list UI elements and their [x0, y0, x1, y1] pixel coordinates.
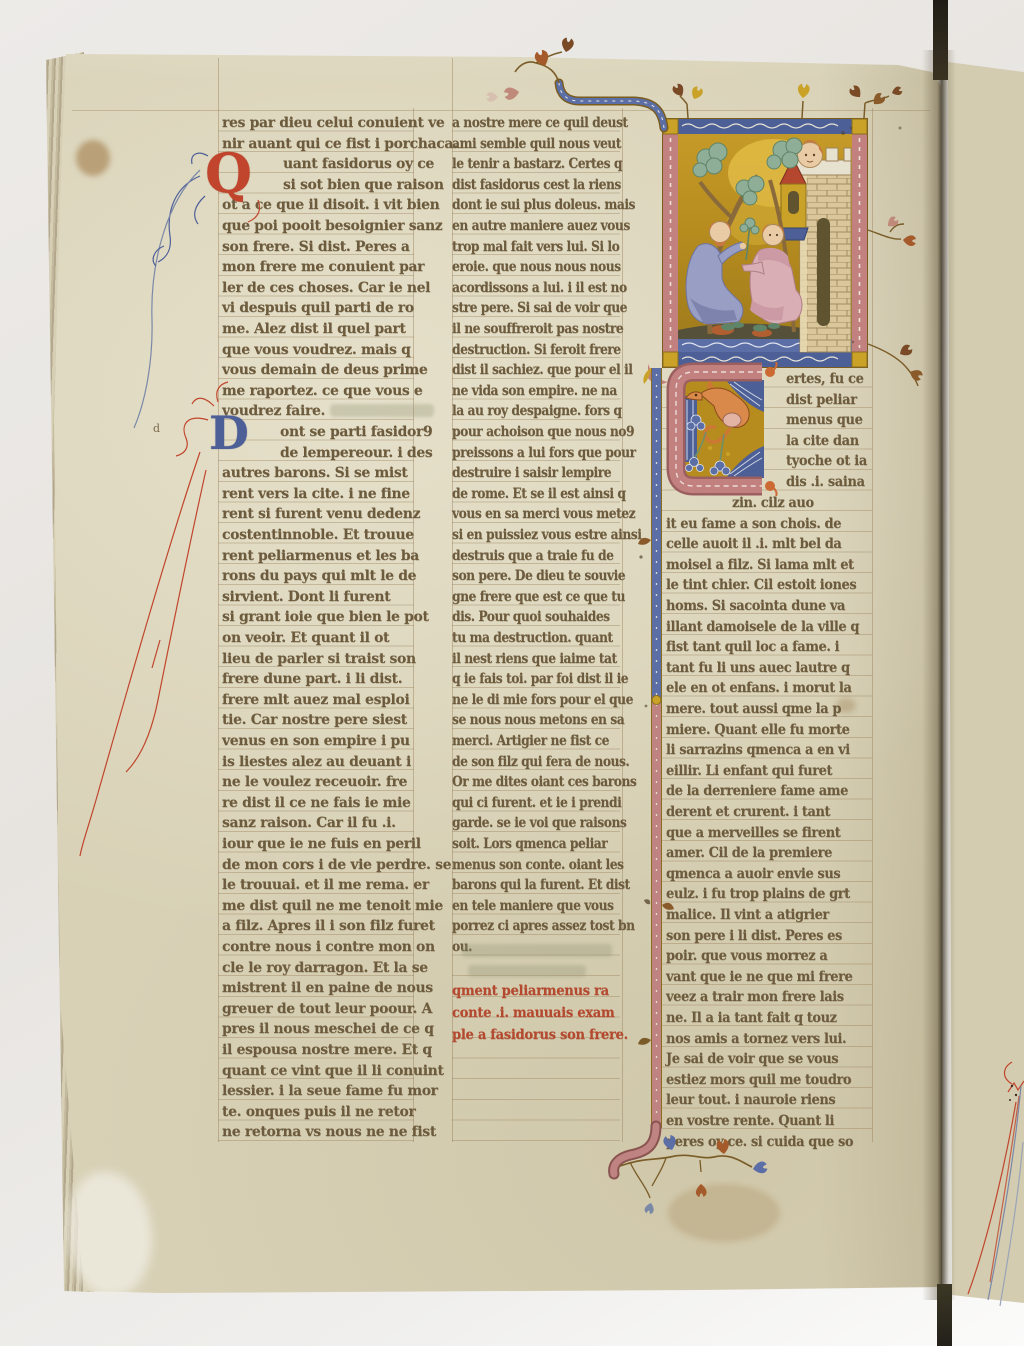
text-line: destruire i saisir lempire: [452, 466, 611, 481]
stain: [76, 140, 110, 176]
text-line: de lempereour. i des: [280, 446, 432, 461]
text-line: derent et crurent. i tant: [666, 805, 830, 820]
text-line: ne. Il a ia tant fait q touz: [666, 1011, 837, 1026]
text-line: illant damoisele de la ville q: [666, 620, 859, 635]
show-through-text: [462, 944, 612, 957]
text-line: ele en ot enfans. i morut la: [666, 681, 851, 696]
text-line: malice. Il vint a atigrier: [666, 908, 829, 923]
text-line: autres barons. Si se mist: [222, 466, 407, 481]
text-line: lessier. i la seue fame fu mor: [222, 1084, 438, 1099]
text-line: cle le roy darragon. Et la se: [222, 961, 428, 976]
rubric-line: qment peliarmenus ra: [452, 984, 609, 999]
text-line: costentinnoble. Et trouue: [222, 528, 414, 543]
text-line: de rome. Et se il est ainsi q: [452, 487, 626, 502]
text-line: quant ce vint que il li conuint: [222, 1064, 444, 1079]
text-line: garde. se ie voi que raisons: [452, 816, 626, 831]
text-line: vi despuis quil parti de ro: [222, 301, 414, 316]
text-line: re dist il ce ne fais ie mie: [222, 796, 411, 811]
text-line: si grant ioie que bien le pot: [222, 610, 429, 625]
text-line: ertes, fu ce: [786, 372, 864, 387]
text-line: ne retorna vs nous ne ne fist: [222, 1125, 436, 1140]
text-line: pour achoison que nous no9: [452, 425, 634, 440]
text-line: ne le di mie fors pour el que: [452, 693, 633, 708]
text-line: tant fu li uns auec lautre q: [666, 661, 850, 676]
text-line: son frere. Si dist. Peres a: [222, 240, 410, 255]
text-line: que a merveilles se firent: [666, 826, 840, 841]
text-line: la au roy despaigne. fors q: [452, 404, 621, 419]
text-line: en autre maniere auez vous: [452, 219, 630, 234]
text-line: que poi pooit besoignier sanz: [222, 219, 442, 234]
text-line: Or me dites oiant ces barons: [452, 775, 636, 790]
text-line: sirvient. Dont li furent: [222, 590, 390, 605]
text-line: nos amis a tornez vers lui.: [666, 1032, 846, 1047]
text-line: me. Alez dist il quel part: [222, 322, 406, 337]
text-line: son pere. De dieu te souvie: [452, 569, 625, 584]
text-line: vous demain de deus prime: [222, 363, 427, 378]
text-line: dist fasidorus cest la riens: [452, 178, 621, 193]
text-line: homs. Si sacointa dune va: [666, 599, 845, 614]
text-line: me raportez. ce que vous e: [222, 384, 422, 399]
text-line: veez a trair mon frere lais: [666, 990, 844, 1005]
text-line: merci. Artigier ne fist ce: [452, 734, 609, 749]
text-line: te. onques puis il ne retor: [222, 1105, 415, 1120]
text-line: acordissons a lui. i il est no: [452, 281, 627, 296]
initial-q: Q: [205, 146, 252, 200]
text-column-2: a nostre mere ce quil deustami semble qu…: [452, 116, 622, 976]
text-line: ont se parti fasidor9: [280, 425, 432, 440]
text-line: a filz. Apres il i son filz furet: [222, 919, 435, 934]
text-line: mere. tout aussi qme la p: [666, 702, 841, 717]
text-line: venus en son empire i pu: [222, 734, 410, 749]
text-line: de son filz qui fera de nous.: [452, 755, 629, 770]
initial-d: D: [209, 410, 249, 456]
text-line: poir. que vous morrez a: [666, 949, 827, 964]
text-line: nir auant qui ce fist i porchaca.: [222, 137, 458, 152]
text-line: menus son conte. oiant les: [452, 858, 623, 873]
text-line: ot a ce que il disoit. i vit bien: [222, 198, 439, 213]
text-line: preissons a lui fors que pour: [452, 446, 636, 461]
rubric-line: ple a fasidorus son frere.: [452, 1028, 628, 1043]
text-line: contre nous i contre mon on: [222, 940, 435, 955]
text-line: stre pere. Si sai de voir que: [452, 301, 627, 316]
text-line: de mon cors i de vie perdre. se: [222, 858, 451, 873]
text-line: porrez ci apres assez tost bn: [452, 919, 635, 934]
text-line: la cite dan: [786, 434, 859, 449]
text-line: de la derreniere fame ame: [666, 784, 848, 799]
text-line: le tenir a bastarz. Certes q: [452, 157, 622, 172]
text-line: q ie fais toi. par foi dist il ie: [452, 672, 628, 687]
text-line: iour que ie ne fuis en peril: [222, 837, 421, 852]
text-line: barons qui la furent. Et dist: [452, 878, 630, 893]
rubric-line: conte .i. mauuais exam: [452, 1006, 614, 1021]
text-line: a nostre mere ce quil deust: [452, 116, 628, 131]
text-line: dis .i. saina: [786, 475, 865, 490]
spine-bottom: [937, 1284, 952, 1346]
text-line: tu ma destruction. quant: [452, 631, 613, 646]
text-line: tie. Car nostre pere siest: [222, 713, 407, 728]
text-line: estiez mors quil me toudro: [666, 1073, 851, 1088]
text-line: Je sai de voir que se vous: [666, 1052, 838, 1067]
text-line: uant fasidorus oy ce: [283, 157, 434, 172]
stain: [840, 124, 862, 140]
text-line: il espousa nostre mere. Et q: [222, 1043, 432, 1058]
text-column-3-beside-initial: ertes, fu cedist peliarmenus quela cite …: [786, 372, 874, 498]
text-line: vant que ie ne que mi frere: [666, 970, 852, 985]
text-column-3: zin. cilz auoit eu fame a son chois. dec…: [666, 496, 874, 1141]
text-line: eillir. Li enfant qui furet: [666, 764, 832, 779]
text-line: frere mlt auez mal esploi: [222, 693, 409, 708]
text-line: menus que: [786, 413, 863, 428]
text-line: dist peliar: [786, 393, 857, 408]
text-line: si en puissiez vous estre ainsi: [452, 528, 641, 543]
text-line: moisel a filz. Si lama mlt et: [666, 558, 854, 573]
text-line: son pere i li dist. Peres es: [666, 929, 842, 944]
book-gutter: [922, 50, 956, 1300]
show-through-text: [330, 404, 434, 417]
show-through-text: [468, 965, 586, 977]
text-column-1: res par dieu celui conuient venir auant …: [222, 116, 437, 1146]
text-line: il nest riens que iaime tat: [452, 652, 617, 667]
text-line: frere dune part. i li dist.: [222, 672, 402, 687]
text-line: greuer de tout leur poour. A: [222, 1002, 432, 1017]
text-line: it eu fame a son chois. de: [666, 517, 841, 532]
text-line: soit. Lors qmenca peliar: [452, 837, 607, 852]
text-line: leur tout. i nauroie riens: [666, 1093, 835, 1108]
text-line: res par dieu celui conuient ve: [222, 116, 444, 131]
text-line: en vostre rente. Quant li: [666, 1114, 834, 1129]
text-line: gne frere que est ce que tu: [452, 590, 625, 605]
text-line: eulz. i fu trop plains de grt: [666, 887, 850, 902]
text-line: ne vida son empire. ne na: [452, 384, 617, 399]
text-line: mon frere me conuient par: [222, 260, 424, 275]
rubric-block: qment peliarmenus raconte .i. mauuais ex…: [452, 984, 622, 1054]
text-line: rent vers la cite. i ne fine: [222, 487, 410, 502]
text-line: qmenca a auoir envie sus: [666, 867, 840, 882]
text-line: celle auoit il .i. mlt bel da: [666, 537, 841, 552]
text-line: vous en sa merci vous metez: [452, 507, 635, 522]
text-line: que vous voudrez. mais q: [222, 343, 410, 358]
text-line: zin. cilz auo: [732, 496, 814, 511]
text-line: eroie. que nous nous nous: [452, 260, 621, 275]
manuscript-photo: res par dieu celui conuient venir auant …: [0, 0, 1024, 1346]
text-line: trop mal fait vers lui. Si lo: [452, 240, 619, 255]
text-line: le tint chier. Cil estoit iones: [666, 578, 856, 593]
text-line: mistrent il en paine de nous: [222, 981, 433, 996]
text-line: il ne souffreroit pas nostre: [452, 322, 623, 337]
text-line: dis. Pour quoi souhaides: [452, 610, 610, 625]
text-line: en tele maniere que vous: [452, 899, 614, 914]
text-line: se nous nous metons en sa: [452, 713, 624, 728]
text-line: me dist quil ne me tenoit mie: [222, 899, 443, 914]
text-line: ler de ces choses. Car ie nel: [222, 281, 430, 296]
text-line: is liestes alez au deuant i: [222, 755, 411, 770]
spine-top: [933, 0, 948, 80]
text-line: dist il sachiez. que pour el il: [452, 363, 632, 378]
text-line: tyoche ot ia: [786, 454, 867, 469]
text-line: dont ie sui plus doleus. mais: [452, 198, 635, 213]
text-line: ami semble quil nous veut: [452, 137, 621, 152]
text-line: si sot bien que raison: [283, 178, 444, 193]
text-line: rent si furent venu dedenz: [222, 507, 420, 522]
text-line: on veoir. Et quant il ot: [222, 631, 389, 646]
text-line: le trouuai. et il me rema. er: [222, 878, 429, 893]
ruling-line: [622, 108, 623, 1142]
text-line: li sarrazins qmenca a en vi: [666, 743, 850, 758]
stain: [668, 1184, 780, 1242]
text-line: rons du pays qui mlt le de: [222, 569, 416, 584]
text-line: pres il nous meschei de ce q: [222, 1022, 434, 1037]
text-line: destruction. Si feroit frere: [452, 343, 621, 358]
text-line: miere. Quant elle fu morte: [666, 723, 850, 738]
text-line: qui ci furent. et ie i prendi: [452, 796, 621, 811]
text-line: fist tant quil loc a fame. i: [666, 640, 839, 655]
text-line: sanz raison. Car il fu .i.: [222, 816, 396, 831]
text-line: peres oy ce. si cuida que so: [666, 1135, 853, 1150]
text-line: ne le voulez receuoir. fre: [222, 775, 407, 790]
text-line: lieu de parler si traist son: [222, 652, 416, 667]
text-line: rent peliarmenus et les ba: [222, 549, 419, 564]
text-line: amer. Cil de la premiere: [666, 846, 832, 861]
text-line: destruis que a traie fu de: [452, 549, 613, 564]
